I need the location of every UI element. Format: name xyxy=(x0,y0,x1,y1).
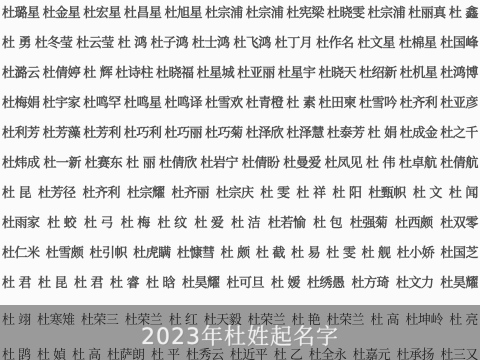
name-item: 杜飞鸿 xyxy=(233,32,271,51)
name-item: 杜 祥 xyxy=(296,182,325,201)
name-item: 杜 勇 xyxy=(2,32,31,51)
name-item: 杜 素 xyxy=(286,92,315,111)
name-item: 杜晓雯 xyxy=(327,2,365,21)
name-item: 杜机星 xyxy=(400,62,438,81)
name-item: 杜齐利 xyxy=(82,182,120,201)
name-item: 杜 爱 xyxy=(194,212,223,231)
name-item: 杜 睿 xyxy=(110,272,139,291)
name-item: 杜宏星 xyxy=(83,2,121,21)
name-item: 杜倩盼 xyxy=(242,152,280,171)
name-item: 杜 嫒 xyxy=(271,272,300,291)
name-item: 杜雨家 xyxy=(2,212,40,231)
name-item: 杜梅娟 xyxy=(2,92,40,111)
name-item: 杜宇家 xyxy=(43,92,81,111)
name-item: 杜冬莹 xyxy=(35,32,73,51)
name-item: 杜倩欣 xyxy=(159,152,197,171)
name-item: 杜昊耀 xyxy=(182,272,220,291)
name-item: 杜鸿博 xyxy=(440,62,478,81)
name-item: 杜方琦 xyxy=(351,272,389,291)
name-item: 杜成金 xyxy=(400,122,438,141)
name-item: 杜宗浦 xyxy=(246,2,284,21)
name-item: 杜棉星 xyxy=(399,32,437,51)
name-item: 杜 颇 xyxy=(221,242,250,261)
name-item: 杜齐利 xyxy=(400,92,438,111)
name-row: 杜梅娟杜宇家杜鸣罕杜鸣星杜鸣译杜雪欢杜青橙杜 素杜田柬杜雪吟杜齐利杜亚彦 xyxy=(0,92,480,110)
name-item: 杜宗浦 xyxy=(368,2,406,21)
name-item: 杜宗浦 xyxy=(205,2,243,21)
name-item: 杜子鸿 xyxy=(151,32,189,51)
name-item: 杜芳藻 xyxy=(43,122,81,141)
name-item: 杜潞云 xyxy=(2,62,40,81)
name-item: 杜芳利 xyxy=(83,122,121,141)
name-item: 杜 阳 xyxy=(332,182,361,201)
bold-name-grid: 杜璐星杜金星杜宏星杜昌星杜旭星杜宗浦杜宗浦杜宪梁杜晓雯杜宗浦杜丽真杜 鑫杜 勇杜… xyxy=(0,0,480,300)
name-item: 杜 舰 xyxy=(362,242,391,261)
name-item: 杜巧利 xyxy=(124,122,162,141)
name-item: 杜泽欣 xyxy=(246,122,284,141)
name-item: 杜 闻 xyxy=(449,182,478,201)
name-item: 杜青橙 xyxy=(246,92,284,111)
name-item: 杜鸣罕 xyxy=(83,92,121,111)
name-item: 杜昊耀 xyxy=(440,272,478,291)
name-list-image: 杜璐星杜金星杜宏星杜昌星杜旭星杜宗浦杜宗浦杜宪梁杜晓雯杜宗浦杜丽真杜 鑫杜 勇杜… xyxy=(0,0,480,360)
name-item: 杜晓天 xyxy=(319,62,357,81)
name-item: 杜利芳 xyxy=(2,122,40,141)
name-item: 杜 鸿 xyxy=(118,32,147,51)
name-item: 杜引帜 xyxy=(89,242,127,261)
name-item: 杜若愉 xyxy=(268,212,306,231)
name-item: 杜泽慧 xyxy=(286,122,324,141)
name-item: 杜宗耀 xyxy=(127,182,165,201)
name-item: 杜甄帜 xyxy=(368,182,406,201)
name-item: 杜西颇 xyxy=(395,212,433,231)
name-item: 杜 丽 xyxy=(126,152,155,171)
name-item: 杜国芝 xyxy=(440,242,478,261)
name-row: 杜仁米杜雪颇杜引帜杜虎瞒杜慷彗杜 颇杜 截杜 易杜 雯杜 舰杜小娇杜国芝 xyxy=(0,242,480,260)
name-item: 杜岩宁 xyxy=(200,152,238,171)
name-item: 杜文星 xyxy=(358,32,396,51)
name-item: 杜璐星 xyxy=(2,2,40,21)
name-item: 杜 昆 xyxy=(38,272,67,291)
name-item: 杜 洁 xyxy=(231,212,260,231)
name-item: 杜曼爱 xyxy=(283,152,321,171)
name-item: 杜宗庆 xyxy=(216,182,254,201)
name-item: 杜凤见 xyxy=(325,152,363,171)
name-item: 杜一新 xyxy=(43,152,81,171)
name-item: 杜宪梁 xyxy=(286,2,324,21)
name-row: 杜 勇杜冬莹杜云莹杜 鸿杜子鸿杜士鸿杜飞鸿杜丁月杜作名杜文星杜棉星杜国峰 xyxy=(0,32,480,50)
name-row: 杜炜成杜一新杜赛东杜 丽杜倩欣杜岩宁杜倩盼杜曼爱杜凤见杜 伟杜卓航杜倩航 xyxy=(0,152,480,170)
name-item: 杜 弓 xyxy=(84,212,113,231)
name-item: 杜云莹 xyxy=(76,32,114,51)
name-item: 杜芳径 xyxy=(38,182,76,201)
name-item: 杜 雯 xyxy=(260,182,289,201)
name-item: 杜 包 xyxy=(313,212,342,231)
name-item: 杜文力 xyxy=(396,272,434,291)
name-item: 杜星城 xyxy=(197,62,235,81)
name-item: 杜晓福 xyxy=(156,62,194,81)
name-item: 杜作名 xyxy=(316,32,354,51)
name-item: 杜 伟 xyxy=(366,152,395,171)
caption-watermark: 2023年杜姓起名字 xyxy=(0,320,480,351)
name-item: 杜丁月 xyxy=(275,32,313,51)
name-item: 杜亚丽 xyxy=(237,62,275,81)
name-item: 杜赛东 xyxy=(85,152,123,171)
name-item: 杜强菊 xyxy=(350,212,388,231)
name-item: 杜 梅 xyxy=(121,212,150,231)
name-item: 杜绍新 xyxy=(359,62,397,81)
name-item: 杜 蛟 xyxy=(47,212,76,231)
name-item: 杜炜成 xyxy=(2,152,40,171)
name-item: 杜昌星 xyxy=(124,2,162,21)
name-item: 杜士鸿 xyxy=(192,32,230,51)
name-item: 杜雪颇 xyxy=(46,242,84,261)
name-item: 杜 晗 xyxy=(146,272,175,291)
name-item: 杜金星 xyxy=(43,2,81,21)
name-item: 杜丽真 xyxy=(408,2,446,21)
name-item: 杜慷彗 xyxy=(177,242,215,261)
name-row: 杜 君杜 昆杜 君杜 睿杜 晗杜昊耀杜可旦杜 嫒杜绣愚杜方琦杜文力杜昊耀 xyxy=(0,272,480,290)
name-item: 杜 截 xyxy=(256,242,285,261)
name-item: 杜之千 xyxy=(440,122,478,141)
name-item: 杜泰芳 xyxy=(327,122,365,141)
name-item: 杜绣愚 xyxy=(307,272,345,291)
name-item: 杜田柬 xyxy=(319,92,357,111)
name-item: 杜 易 xyxy=(291,242,320,261)
name-item: 杜巧丽 xyxy=(165,122,203,141)
name-row: 杜雨家杜 蛟杜 弓杜 梅杜 纹杜 爱杜 洁杜若愉杜 包杜强菊杜西颇杜双零 xyxy=(0,212,480,230)
name-item: 杜 辉 xyxy=(83,62,112,81)
name-item: 杜双零 xyxy=(440,212,478,231)
name-row: 杜利芳杜芳藻杜芳利杜巧利杜巧丽杜巧菊杜泽欣杜泽慧杜泰芳杜 娟杜成金杜之千 xyxy=(0,122,480,140)
name-item: 杜 娟 xyxy=(368,122,397,141)
name-item: 杜 鑫 xyxy=(449,2,478,21)
name-item: 杜国峰 xyxy=(440,32,478,51)
name-item: 杜倩航 xyxy=(440,152,478,171)
name-item: 杜巧菊 xyxy=(205,122,243,141)
name-row: 杜 昆杜芳径杜齐利杜宗耀杜齐丽杜宗庆杜 雯杜 祥杜 阳杜甄帜杜 文杜 闻 xyxy=(0,182,480,200)
name-item: 杜 君 xyxy=(74,272,103,291)
name-item: 杜 君 xyxy=(2,272,31,291)
name-item: 杜鸣译 xyxy=(165,92,203,111)
name-row: 杜璐星杜金星杜宏星杜昌星杜旭星杜宗浦杜宗浦杜宪梁杜晓雯杜宗浦杜丽真杜 鑫 xyxy=(0,2,480,20)
name-item: 杜 昆 xyxy=(2,182,31,201)
name-item: 杜仁米 xyxy=(2,242,40,261)
name-item: 杜鸣星 xyxy=(124,92,162,111)
name-item: 杜 文 xyxy=(413,182,442,201)
name-item: 杜诗柱 xyxy=(115,62,153,81)
name-item: 杜倩婷 xyxy=(43,62,81,81)
name-item: 杜可旦 xyxy=(226,272,264,291)
name-item: 杜星宇 xyxy=(278,62,316,81)
name-row: 杜潞云杜倩婷杜 辉杜诗柱杜晓福杜星城杜亚丽杜星宇杜晓天杜绍新杜机星杜鸿博 xyxy=(0,62,480,80)
name-item: 杜 雯 xyxy=(326,242,355,261)
name-item: 杜齐丽 xyxy=(171,182,209,201)
name-item: 杜小娇 xyxy=(397,242,435,261)
name-item: 杜 纹 xyxy=(158,212,187,231)
name-item: 杜虎瞒 xyxy=(133,242,171,261)
name-item: 杜卓航 xyxy=(399,152,437,171)
name-item: 杜雪吟 xyxy=(359,92,397,111)
name-item: 杜亚彦 xyxy=(440,92,478,111)
name-item: 杜雪欢 xyxy=(205,92,243,111)
name-item: 杜旭星 xyxy=(165,2,203,21)
